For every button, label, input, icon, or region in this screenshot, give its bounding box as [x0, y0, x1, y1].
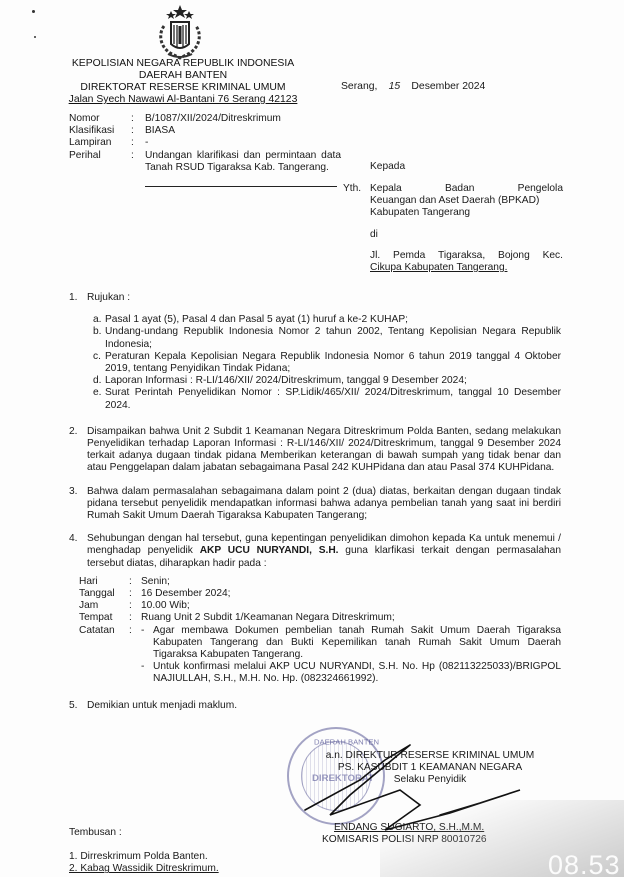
meta-label: Nomor: [69, 113, 131, 125]
meta-nomor: Nomor:B/1087/XII/2024/Ditreskrimum: [69, 113, 341, 125]
speck: [34, 36, 36, 38]
paragraph-number: 5.: [69, 700, 87, 712]
recipient-line: Kabupaten Tangerang: [370, 207, 563, 219]
recipient-line: Keuangan dan Aset Daerah (BPKAD): [370, 195, 563, 207]
schedule-notes: Catatan: -Agar membawa Dokumen pembelian…: [79, 625, 561, 686]
letter-date: Serang,15Desember 2024: [341, 81, 485, 93]
meta-perihal: Perihal:Undangan klarifikasi dan permint…: [69, 150, 341, 174]
letter-meta: Nomor:B/1087/XII/2024/Ditreskrimum Klasi…: [69, 113, 341, 174]
speck: [32, 10, 35, 13]
reference-item: a.Pasal 1 ayat (5), Pasal 4 dan Pasal 5 …: [93, 314, 561, 326]
meta-klasifikasi: Klasifikasi:BIASA: [69, 125, 341, 137]
paragraph-number: 2.: [69, 426, 87, 475]
paragraph-2: 2. Disampaikan bahwa Unit 2 Subdit 1 Kea…: [69, 426, 561, 475]
org-address: Jalan Syech Nawawi Al-Bantani 76 Serang …: [65, 94, 301, 106]
paragraph-4: 4. Sehubungan dengan hal tersebut, guna …: [69, 533, 561, 570]
schedule-row: Tempat:Ruang Unit 2 Subdit 1/Keamanan Ne…: [79, 612, 561, 624]
signer-rank: KOMISARIS POLISI NRP 80010726: [322, 834, 487, 846]
recipient-address: Jl. Pemda Tigaraksa, Bojong Kec.: [370, 250, 563, 262]
recipient-di: di: [370, 229, 563, 241]
meta-label: Lampiran: [69, 137, 131, 149]
org-name: KEPOLISIAN NEGARA REPUBLIK INDONESIA: [65, 58, 301, 70]
schedule-row: Hari:Senin;: [79, 576, 561, 588]
notes-label: Catatan: [79, 625, 129, 686]
paragraph-title: Rujukan :: [87, 292, 561, 304]
copy-item: 2. Kabag Wassidik Ditreskrimum.: [69, 863, 219, 875]
schedule-row: Tanggal:16 Desember 2024;: [79, 588, 561, 600]
schedule: Hari:Senin; Tanggal:16 Desember 2024; Ja…: [79, 576, 561, 686]
note-item: -Agar membawa Dokumen pembelian tanah Ru…: [141, 625, 561, 662]
org-region: DAERAH BANTEN: [65, 70, 301, 82]
divider: [145, 186, 337, 187]
recipient-address: Cikupa Kabupaten Tangerang.: [370, 262, 563, 274]
org-directorate: DIREKTORAT RESERSE KRIMINAL UMUM: [65, 82, 301, 94]
paragraph-number: 1.: [69, 292, 87, 412]
date-month-year: Desember 2024: [411, 81, 485, 92]
meta-value: BIASA: [145, 125, 341, 137]
paragraph-text: Disampaikan bahwa Unit 2 Subdit 1 Keaman…: [87, 426, 561, 475]
paragraph-3: 3. Bahwa dalam permasalahan sebagaimana …: [69, 486, 561, 523]
copies-title: Tembusan :: [69, 827, 219, 839]
recipient-heading: Kepada: [370, 161, 405, 173]
copy-item: 1. Dirreskrimum Polda Banten.: [69, 851, 219, 863]
signer-name: ENDANG SUGIARTO, S.H.,M.M.: [322, 822, 487, 834]
reference-item: e.Surat Perintah Penyelidikan Nomor : SP…: [93, 387, 561, 411]
date-place: Serang,: [341, 81, 377, 92]
meta-value: -: [145, 137, 341, 149]
investigator-name: AKP UCU NURYANDI, S.H.: [200, 545, 339, 556]
meta-label: Klasifikasi: [69, 125, 131, 137]
recipient-salutation: Yth.: [343, 183, 370, 274]
copies-section: Tembusan : 1. Dirreskrimum Polda Banten.…: [69, 827, 219, 876]
paragraph-1: 1. Rujukan : a.Pasal 1 ayat (5), Pasal 4…: [69, 292, 561, 412]
signer-block: ENDANG SUGIARTO, S.H.,M.M. KOMISARIS POL…: [322, 822, 487, 845]
meta-lampiran: Lampiran:-: [69, 137, 341, 149]
recipient-line: Kepala Badan Pengelola: [370, 183, 563, 195]
paragraph-number: 3.: [69, 486, 87, 523]
recipient-block: Yth. Kepala Badan Pengelola Keuangan dan…: [343, 183, 563, 274]
reference-item: c.Peraturan Kepala Kepolisian Negara Rep…: [93, 351, 561, 375]
meta-value: Undangan klarifikasi dan permintaan data…: [145, 150, 341, 174]
handwritten-signature-icon: [290, 735, 620, 835]
reference-item: d.Laporan Informasi : R-LI/146/XII/ 2024…: [93, 375, 561, 387]
reference-item: b.Undang-undang Republik Indonesia Nomor…: [93, 326, 561, 350]
schedule-row: Jam:10.00 Wib;: [79, 600, 561, 612]
note-item: -Untuk konfirmasi melalui AKP UCU NURYAN…: [141, 661, 561, 685]
date-day: 15: [377, 81, 411, 93]
meta-label: Perihal: [69, 150, 131, 174]
letter-body: 1. Rujukan : a.Pasal 1 ayat (5), Pasal 4…: [69, 292, 561, 723]
paragraph-text: Sehubungan dengan hal tersebut, guna kep…: [87, 533, 561, 570]
police-emblem-icon: [150, 4, 210, 60]
paragraph-text: Demikian untuk menjadi maklum.: [87, 700, 561, 712]
paragraph-5: 5. Demikian untuk menjadi maklum.: [69, 700, 561, 712]
paragraph-number: 4.: [69, 533, 87, 570]
meta-value: B/1087/XII/2024/Ditreskrimum: [145, 113, 341, 125]
paragraph-text: Bahwa dalam permasalahan sebagaimana dal…: [87, 486, 561, 523]
letterhead: KEPOLISIAN NEGARA REPUBLIK INDONESIA DAE…: [65, 58, 301, 106]
clock-overlay: 08.53: [548, 850, 621, 877]
